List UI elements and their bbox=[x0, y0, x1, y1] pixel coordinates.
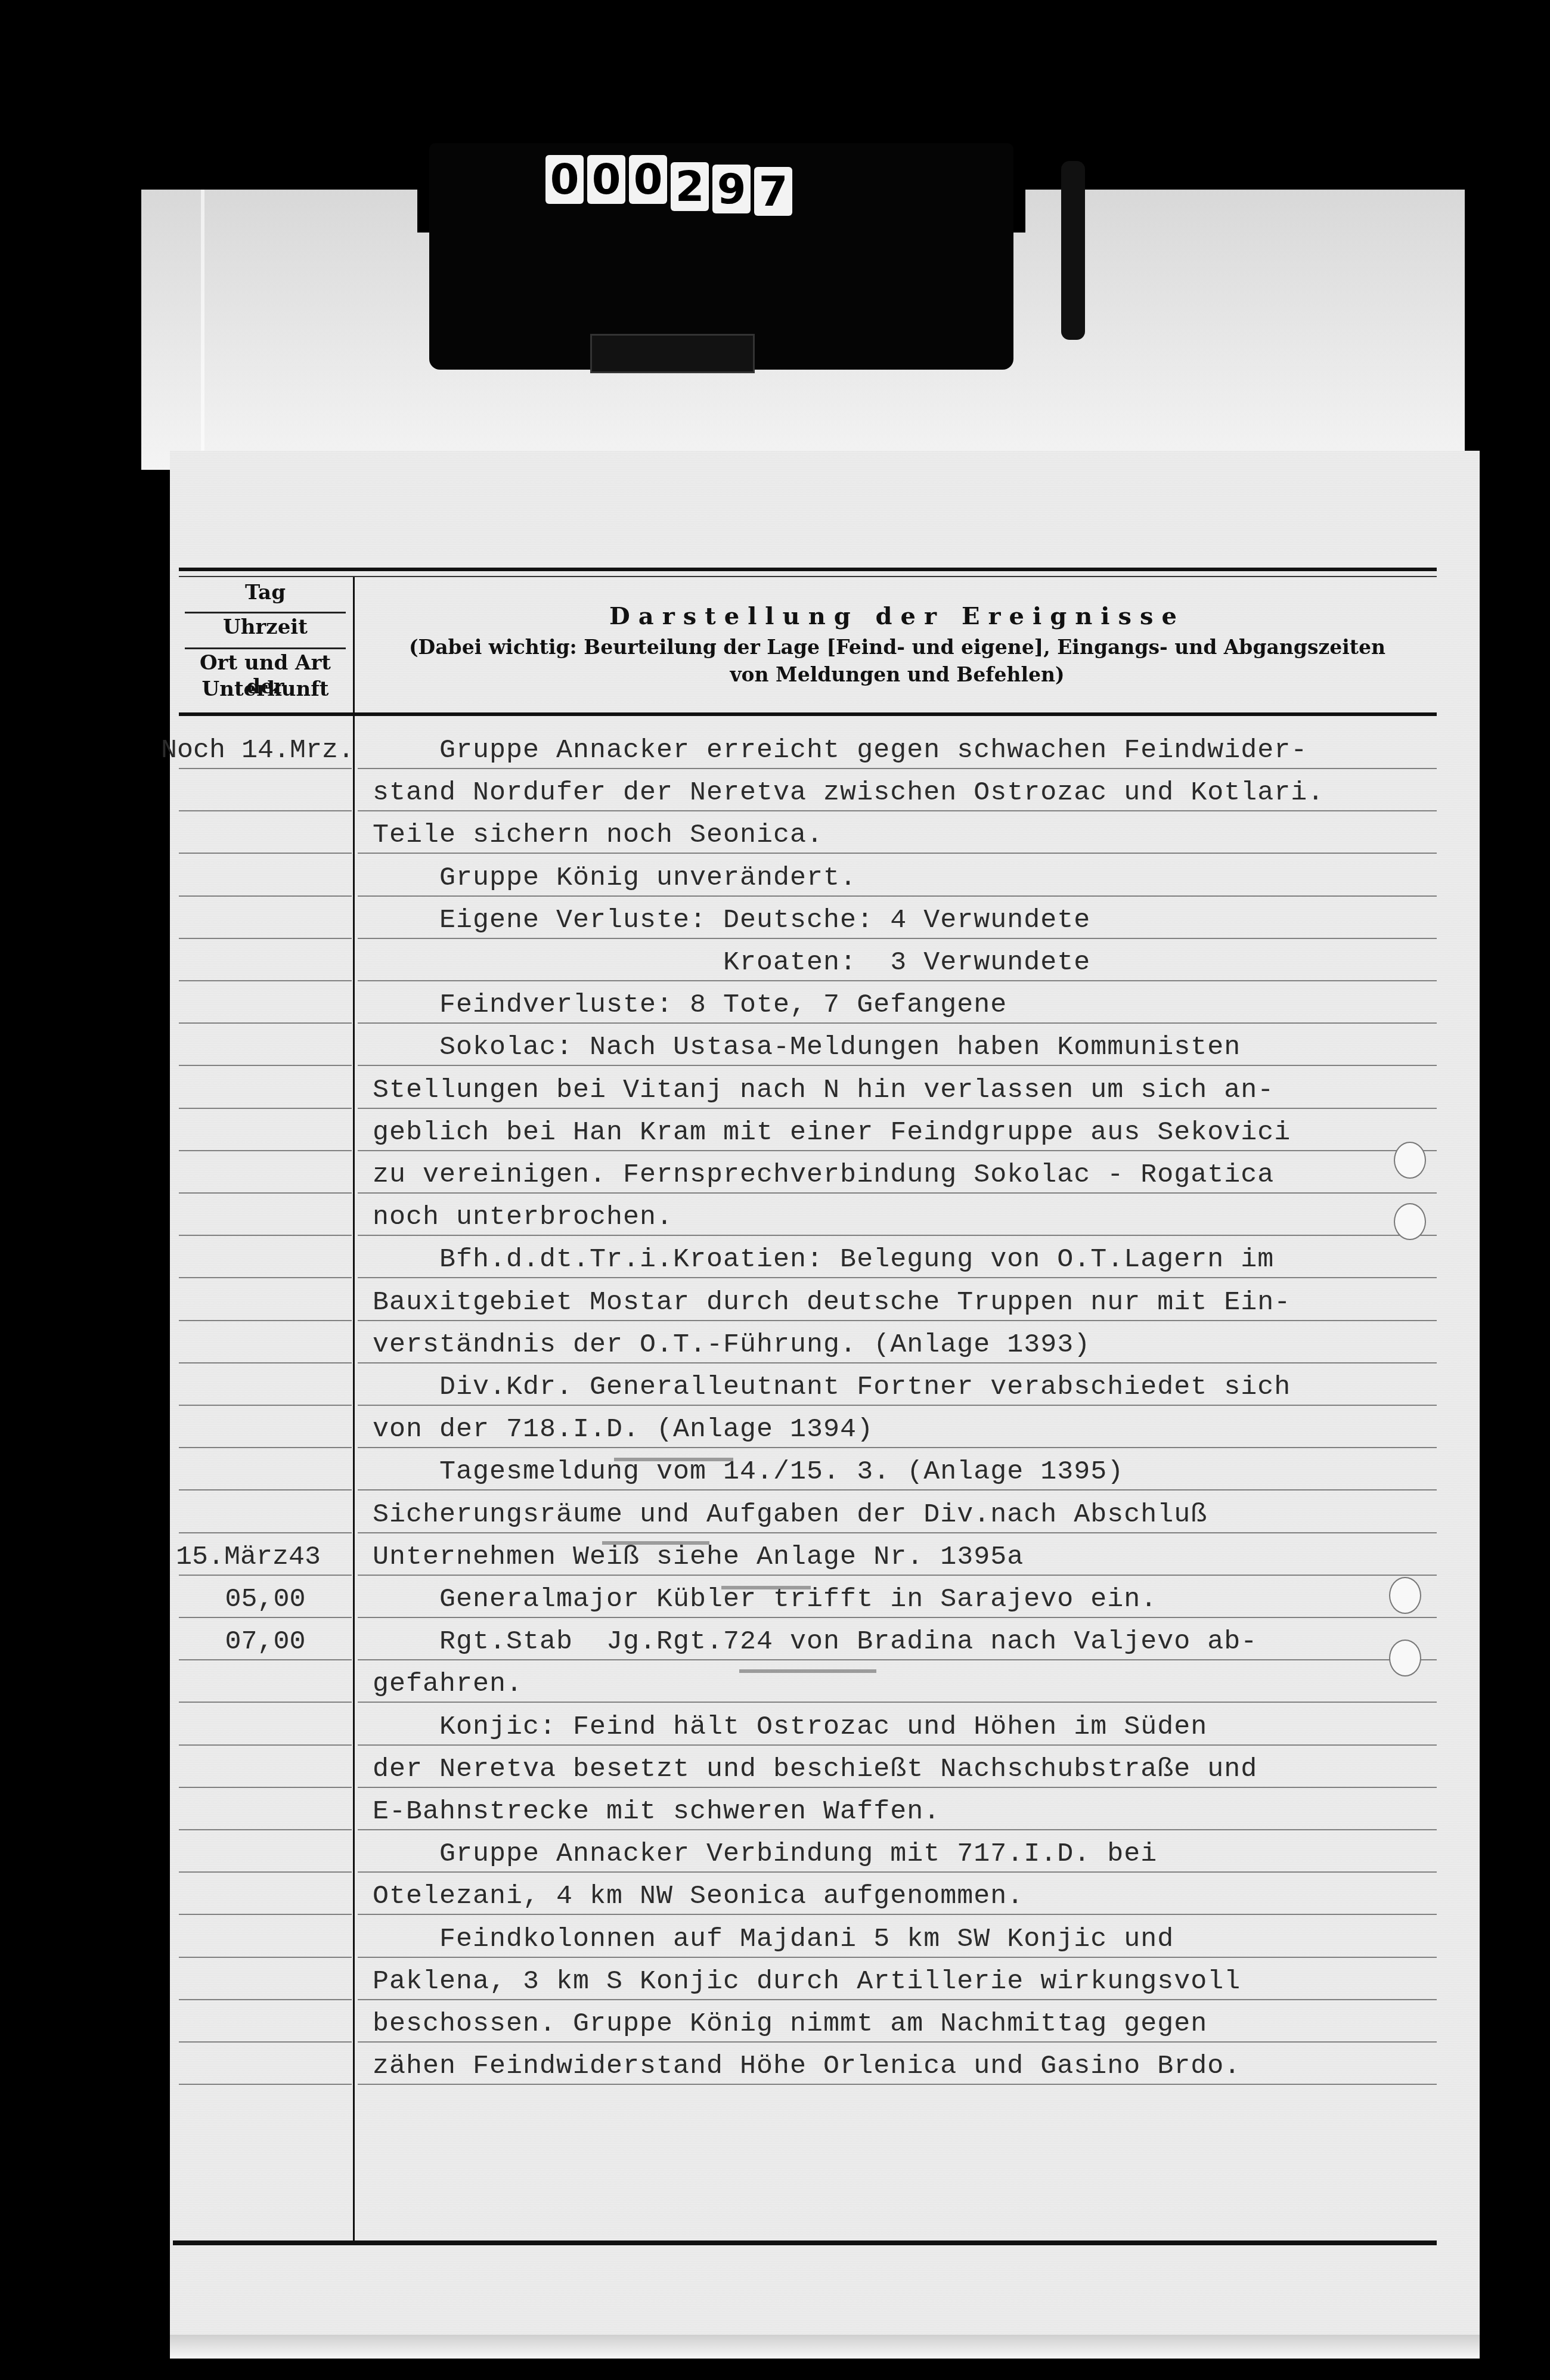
frame-counter: 0 0 0 2 9 7 bbox=[417, 89, 1025, 376]
event-line-text: Sokolac: Nach Ustasa-Meldungen haben Kom… bbox=[373, 1032, 1241, 1062]
event-line: Feindverluste: 8 Tote, 7 Gefangene bbox=[358, 981, 1437, 1024]
event-line: Generalmajor Kübler trifft in Sarajevo e… bbox=[358, 1575, 1437, 1618]
header-sep bbox=[185, 647, 346, 649]
table-top-rule-thin bbox=[179, 576, 1437, 577]
sheet-bottom-edge bbox=[170, 2335, 1480, 2359]
left-cell bbox=[179, 1745, 352, 1788]
event-line-text: beschossen. Gruppe König nimmt am Nachmi… bbox=[373, 2009, 1207, 2039]
event-line: Sokolac: Nach Ustasa-Meldungen haben Kom… bbox=[358, 1023, 1437, 1066]
event-line: geblich bei Han Kram mit einer Feindgrup… bbox=[358, 1108, 1437, 1151]
event-line: Feindkolonnen auf Majdani 5 km SW Konjic… bbox=[358, 1915, 1437, 1958]
left-cell bbox=[179, 896, 352, 939]
event-line-text: Teile sichern noch Seonica. bbox=[373, 820, 823, 850]
header-bottom-rule bbox=[179, 712, 1437, 716]
table-top-rule bbox=[179, 568, 1437, 571]
left-cell bbox=[179, 1278, 352, 1321]
event-line: stand Nordufer der Neretva zwischen Ostr… bbox=[358, 768, 1437, 811]
date-entry: 15.März43 bbox=[176, 1542, 321, 1572]
ruled-line bbox=[358, 2084, 1437, 2085]
time-entry: 07,00 bbox=[179, 1626, 352, 1657]
left-cell: Noch 14.Mrz. bbox=[179, 726, 352, 769]
left-cell bbox=[179, 1193, 352, 1236]
event-line-text: zu vereinigen. Fernsprechverbindung Soko… bbox=[373, 1160, 1274, 1190]
counter-digit: 0 bbox=[587, 155, 625, 204]
event-line: Otelezani, 4 km NW Seonica aufgenommen. bbox=[358, 1872, 1437, 1915]
left-cell bbox=[179, 768, 352, 811]
event-line-text: Rgt.Stab Jg.Rgt.724 von Bradina nach Val… bbox=[373, 1626, 1257, 1657]
event-line-text: von der 718.I.D. (Anlage 1394) bbox=[373, 1414, 873, 1445]
event-line: noch unterbrochen. bbox=[358, 1193, 1437, 1236]
left-cell bbox=[179, 1066, 352, 1109]
event-line: Sicherungsräume und Aufgaben der Div.nac… bbox=[358, 1490, 1437, 1533]
event-line-text: verständnis der O.T.-Führung. (Anlage 13… bbox=[373, 1330, 1090, 1360]
left-cell bbox=[179, 1321, 352, 1363]
header-uhrzeit: Uhrzeit bbox=[179, 615, 352, 639]
left-cell bbox=[179, 1787, 352, 1830]
event-line-text: Eigene Verluste: Deutsche: 4 Verwundete bbox=[373, 905, 1090, 935]
counter-digit: 7 bbox=[754, 167, 792, 216]
event-line: Gruppe Annacker Verbindung mit 717.I.D. … bbox=[358, 1830, 1437, 1873]
left-cell bbox=[179, 1915, 352, 1958]
event-line-text: Stellungen bei Vitanj nach N hin verlass… bbox=[373, 1075, 1274, 1105]
punch-hole bbox=[1389, 1577, 1421, 1614]
event-line-text: Gruppe Annacker Verbindung mit 717.I.D. … bbox=[373, 1839, 1157, 1869]
event-line: Kroaten: 3 Verwundete bbox=[358, 938, 1437, 981]
left-cell: 15.März43 bbox=[179, 1533, 352, 1576]
event-line: beschossen. Gruppe König nimmt am Nachmi… bbox=[358, 2000, 1437, 2043]
counter-digits: 0 0 0 2 9 7 bbox=[545, 155, 792, 216]
left-cell: 07,00 bbox=[179, 1617, 352, 1660]
left-cell bbox=[179, 811, 352, 854]
event-line: Eigene Verluste: Deutsche: 4 Verwundete bbox=[358, 896, 1437, 939]
event-line: Teile sichern noch Seonica. bbox=[358, 811, 1437, 854]
time-entry: 05,00 bbox=[179, 1584, 352, 1614]
left-cell bbox=[179, 1405, 352, 1448]
counter-plate bbox=[590, 334, 755, 373]
event-line: Paklena, 3 km S Konjic durch Artillerie … bbox=[358, 1957, 1437, 2000]
left-cell bbox=[179, 1957, 352, 2000]
column-divider bbox=[353, 715, 355, 2242]
event-line-text: Tagesmeldung vom 14./15. 3. (Anlage 1395… bbox=[373, 1456, 1124, 1487]
punch-hole bbox=[1394, 1142, 1426, 1179]
event-line-text: Feindkolonnen auf Majdani 5 km SW Konjic… bbox=[373, 1924, 1174, 1954]
event-line: von der 718.I.D. (Anlage 1394) bbox=[358, 1405, 1437, 1448]
event-line-text: der Neretva besetzt und beschießt Nachsc… bbox=[373, 1754, 1257, 1784]
event-line-text: Otelezani, 4 km NW Seonica aufgenommen. bbox=[373, 1881, 1024, 1911]
page-crease bbox=[201, 190, 204, 470]
left-cell bbox=[179, 1108, 352, 1151]
annex-underline bbox=[614, 1458, 733, 1461]
counter-digit: 2 bbox=[671, 162, 709, 211]
counter-digit: 9 bbox=[712, 165, 751, 213]
event-line-text: Gruppe Annacker erreicht gegen schwachen… bbox=[373, 735, 1307, 766]
left-cell: 05,00 bbox=[179, 1575, 352, 1618]
event-line-text: Sicherungsräume und Aufgaben der Div.nac… bbox=[373, 1499, 1207, 1530]
event-line-text: Gruppe König unverändert. bbox=[373, 863, 857, 893]
event-line: zu vereinigen. Fernsprechverbindung Soko… bbox=[358, 1151, 1437, 1194]
event-line: der Neretva besetzt und beschießt Nachsc… bbox=[358, 1745, 1437, 1788]
event-line: Bfh.d.dt.Tr.i.Kroatien: Belegung von O.T… bbox=[358, 1235, 1437, 1278]
header-column-divider bbox=[353, 577, 355, 715]
counter-digit: 0 bbox=[545, 155, 584, 204]
punch-hole bbox=[1389, 1640, 1421, 1676]
event-line-text: geblich bei Han Kram mit einer Feindgrup… bbox=[373, 1117, 1291, 1148]
event-line: zähen Feindwiderstand Höhe Orlenica und … bbox=[358, 2042, 1437, 2085]
punch-hole bbox=[1394, 1203, 1426, 1240]
event-line: Gruppe Annacker erreicht gegen schwachen… bbox=[358, 726, 1437, 769]
event-line: Div.Kdr. Generalleutnant Fortner verabsc… bbox=[358, 1363, 1437, 1406]
event-line: Rgt.Stab Jg.Rgt.724 von Bradina nach Val… bbox=[358, 1617, 1437, 1660]
annex-underline bbox=[602, 1541, 709, 1545]
event-line: Gruppe König unverändert. bbox=[358, 854, 1437, 897]
left-cell bbox=[179, 2042, 352, 2085]
event-line-text: Bfh.d.dt.Tr.i.Kroatien: Belegung von O.T… bbox=[373, 1244, 1274, 1275]
left-cell bbox=[179, 1151, 352, 1194]
header-title: Darstellung der Ereignisse bbox=[358, 602, 1437, 630]
event-line-text: Kroaten: 3 Verwundete bbox=[373, 947, 1090, 978]
left-cell bbox=[179, 981, 352, 1024]
event-line: Unternehmen Weiß siehe Anlage Nr. 1395a bbox=[358, 1533, 1437, 1576]
header-left-column: Tag Uhrzeit Ort und Art der Unterkunft bbox=[179, 577, 352, 713]
event-line: Konjic: Feind hält Ostrozac und Höhen im… bbox=[358, 1703, 1437, 1746]
left-cell bbox=[179, 1660, 352, 1703]
header-main-column: Darstellung der Ereignisse (Dabei wichti… bbox=[358, 602, 1437, 689]
event-line-text: stand Nordufer der Neretva zwischen Ostr… bbox=[373, 777, 1324, 808]
event-line-text: Feindverluste: 8 Tote, 7 Gefangene bbox=[373, 990, 1007, 1020]
event-line-text: Div.Kdr. Generalleutnant Fortner verabsc… bbox=[373, 1372, 1291, 1402]
annex-underline bbox=[721, 1586, 811, 1589]
header-unterkunft: Unterkunft bbox=[179, 677, 352, 701]
counter-knob bbox=[1061, 161, 1085, 340]
left-cell bbox=[179, 854, 352, 897]
left-cell bbox=[179, 1830, 352, 1873]
date-entry: Noch 14.Mrz. bbox=[161, 735, 354, 766]
event-line-text: zähen Feindwiderstand Höhe Orlenica und … bbox=[373, 2051, 1241, 2081]
event-line: Tagesmeldung vom 14./15. 3. (Anlage 1395… bbox=[358, 1448, 1437, 1490]
event-line-text: Konjic: Feind hält Ostrozac und Höhen im… bbox=[373, 1712, 1207, 1742]
event-line: verständnis der O.T.-Führung. (Anlage 13… bbox=[358, 1321, 1437, 1363]
event-line-text: noch unterbrochen. bbox=[373, 1202, 673, 1232]
table-bottom-rule bbox=[173, 2240, 1437, 2245]
left-cell bbox=[179, 938, 352, 981]
header-subtitle-1: (Dabei wichtig: Beurteilung der Lage [Fe… bbox=[358, 634, 1437, 661]
event-line-text: Bauxitgebiet Mostar durch deutsche Trupp… bbox=[373, 1287, 1291, 1318]
annex-underline bbox=[739, 1669, 876, 1673]
left-cell bbox=[179, 1872, 352, 1915]
left-cell bbox=[179, 1448, 352, 1490]
event-line: Bauxitgebiet Mostar durch deutsche Trupp… bbox=[358, 1278, 1437, 1321]
header-sep bbox=[185, 612, 346, 613]
event-line: gefahren. bbox=[358, 1660, 1437, 1703]
event-line: E-Bahnstrecke mit schweren Waffen. bbox=[358, 1787, 1437, 1830]
left-cell bbox=[179, 1703, 352, 1746]
event-line-text: Paklena, 3 km S Konjic durch Artillerie … bbox=[373, 1966, 1241, 1997]
left-cell bbox=[179, 1023, 352, 1066]
header-subtitle-2: von Meldungen und Befehlen) bbox=[358, 661, 1437, 689]
event-line-text: Unternehmen Weiß siehe Anlage Nr. 1395a bbox=[373, 1542, 1024, 1572]
left-cell bbox=[179, 2000, 352, 2043]
header-tag: Tag bbox=[179, 581, 352, 605]
ruled-line bbox=[179, 2084, 352, 2085]
left-cell bbox=[179, 1490, 352, 1533]
event-line: Stellungen bei Vitanj nach N hin verlass… bbox=[358, 1066, 1437, 1109]
event-line-text: gefahren. bbox=[373, 1669, 523, 1699]
left-cell bbox=[179, 1363, 352, 1406]
event-line-text: E-Bahnstrecke mit schweren Waffen. bbox=[373, 1796, 940, 1827]
left-cell bbox=[179, 1235, 352, 1278]
counter-digit: 0 bbox=[629, 155, 667, 204]
